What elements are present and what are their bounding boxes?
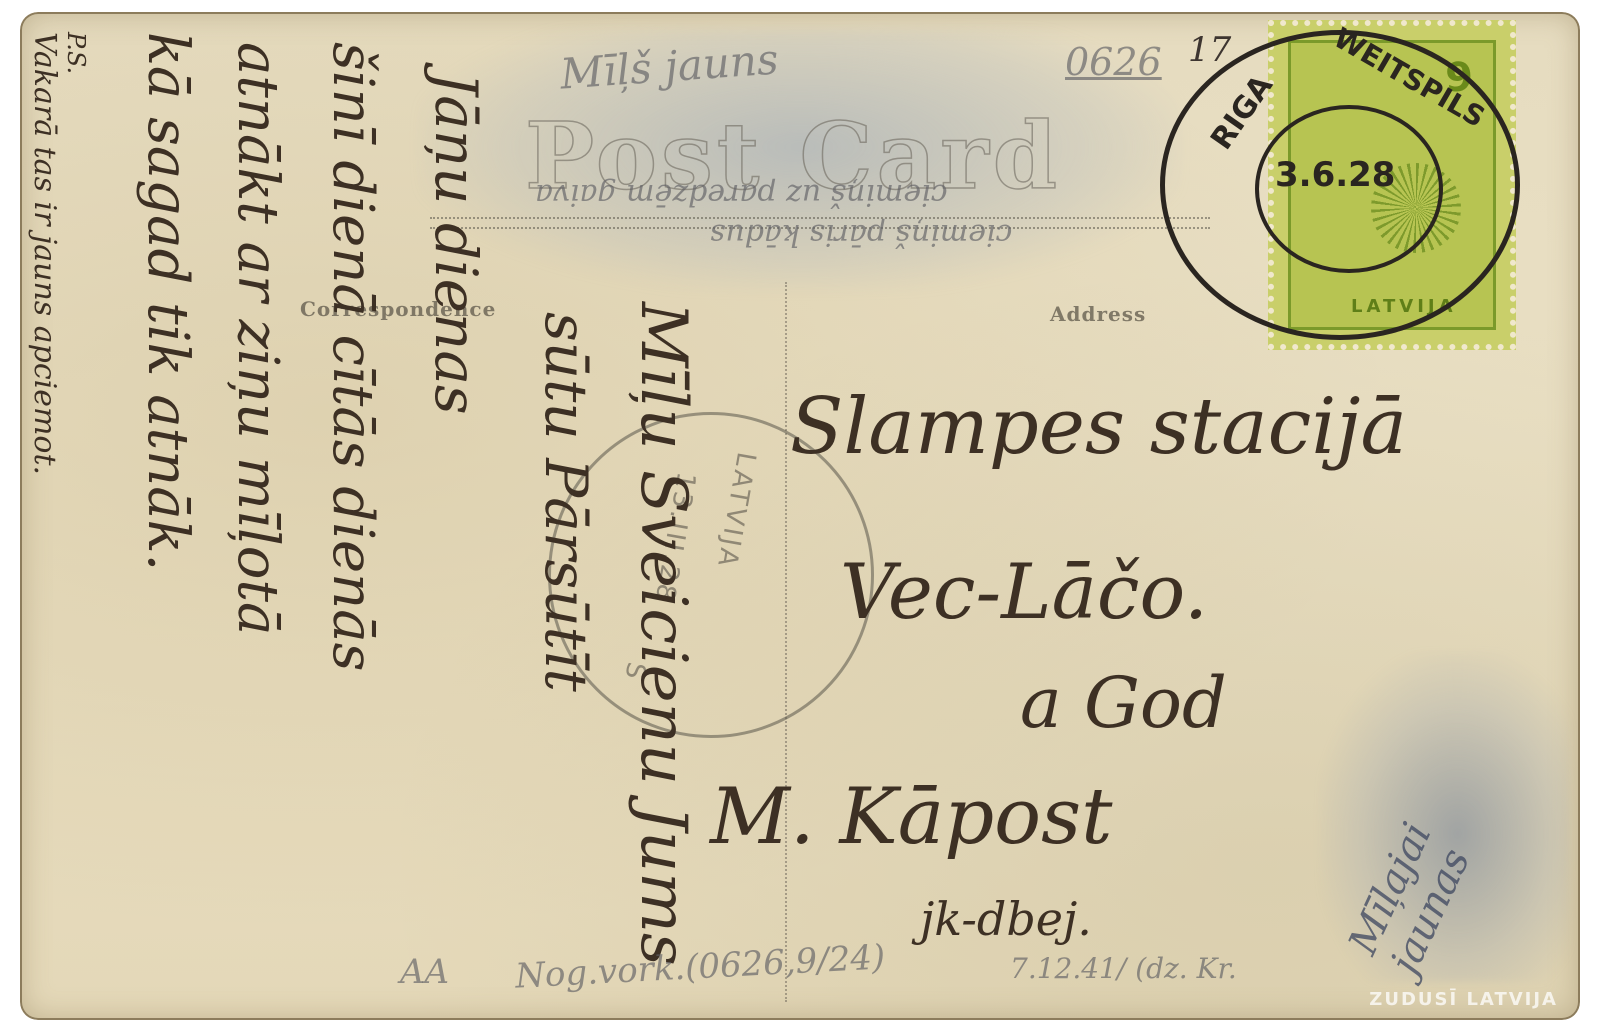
message-line-2: sūtu Pārsūtīt: [532, 312, 600, 692]
arrival-postmark-text: LATVIJA: [711, 450, 761, 572]
address-line-2: Vec-Lāčo.: [840, 547, 1208, 636]
message-line-6: kā sagad tik atnāk.: [135, 32, 200, 571]
message-line-4: šinī dienā cītās dienās: [320, 42, 385, 671]
message-line-3: Jāņu dienas: [422, 72, 490, 415]
postmark-date: 3.6.28: [1275, 155, 1395, 195]
riga-postmark: RIGA WEITSPILS 3.6.28: [1160, 30, 1520, 340]
message-line-5: atnākt ar ziņu mīļotā: [225, 42, 290, 635]
pencil-upside-down-line-2: ciemiņš pāris kādus: [710, 217, 1012, 252]
watermark: ZUDUSĪ LATVIJA: [1369, 989, 1558, 1010]
archive-number: 0626: [1065, 40, 1162, 84]
message-line-1: Mīļu Sveicienu Jums: [626, 302, 700, 966]
postcard-back: Post Card Correspondence Address Mīļš ja…: [20, 12, 1580, 1020]
pencil-mark-bottom-left: AA: [400, 952, 449, 992]
postmark-city: RIGA: [1204, 69, 1280, 156]
postscript-text: Vakarā tas ir jauns apciemot.: [27, 32, 62, 475]
address-line-4: M. Kāpost: [710, 772, 1113, 862]
postscript-label: P.S.: [62, 32, 90, 74]
archive-number-suffix: 17: [1188, 30, 1231, 70]
pencil-catalog-number: Nog.vork.(0626,9/24): [514, 937, 886, 996]
address-line-5: jk-dbej.: [920, 892, 1092, 946]
pencil-upside-down-line-1: ciemiņš uz paredzēm gaiva: [535, 177, 948, 212]
address-line-1: Slampes stacijā: [790, 382, 1407, 472]
address-line-3: a God: [1020, 662, 1227, 744]
printed-address-label: Address: [1050, 302, 1146, 326]
pencil-note-bottom-right: 7.12.41/ (dz. Kr.: [1010, 952, 1237, 985]
